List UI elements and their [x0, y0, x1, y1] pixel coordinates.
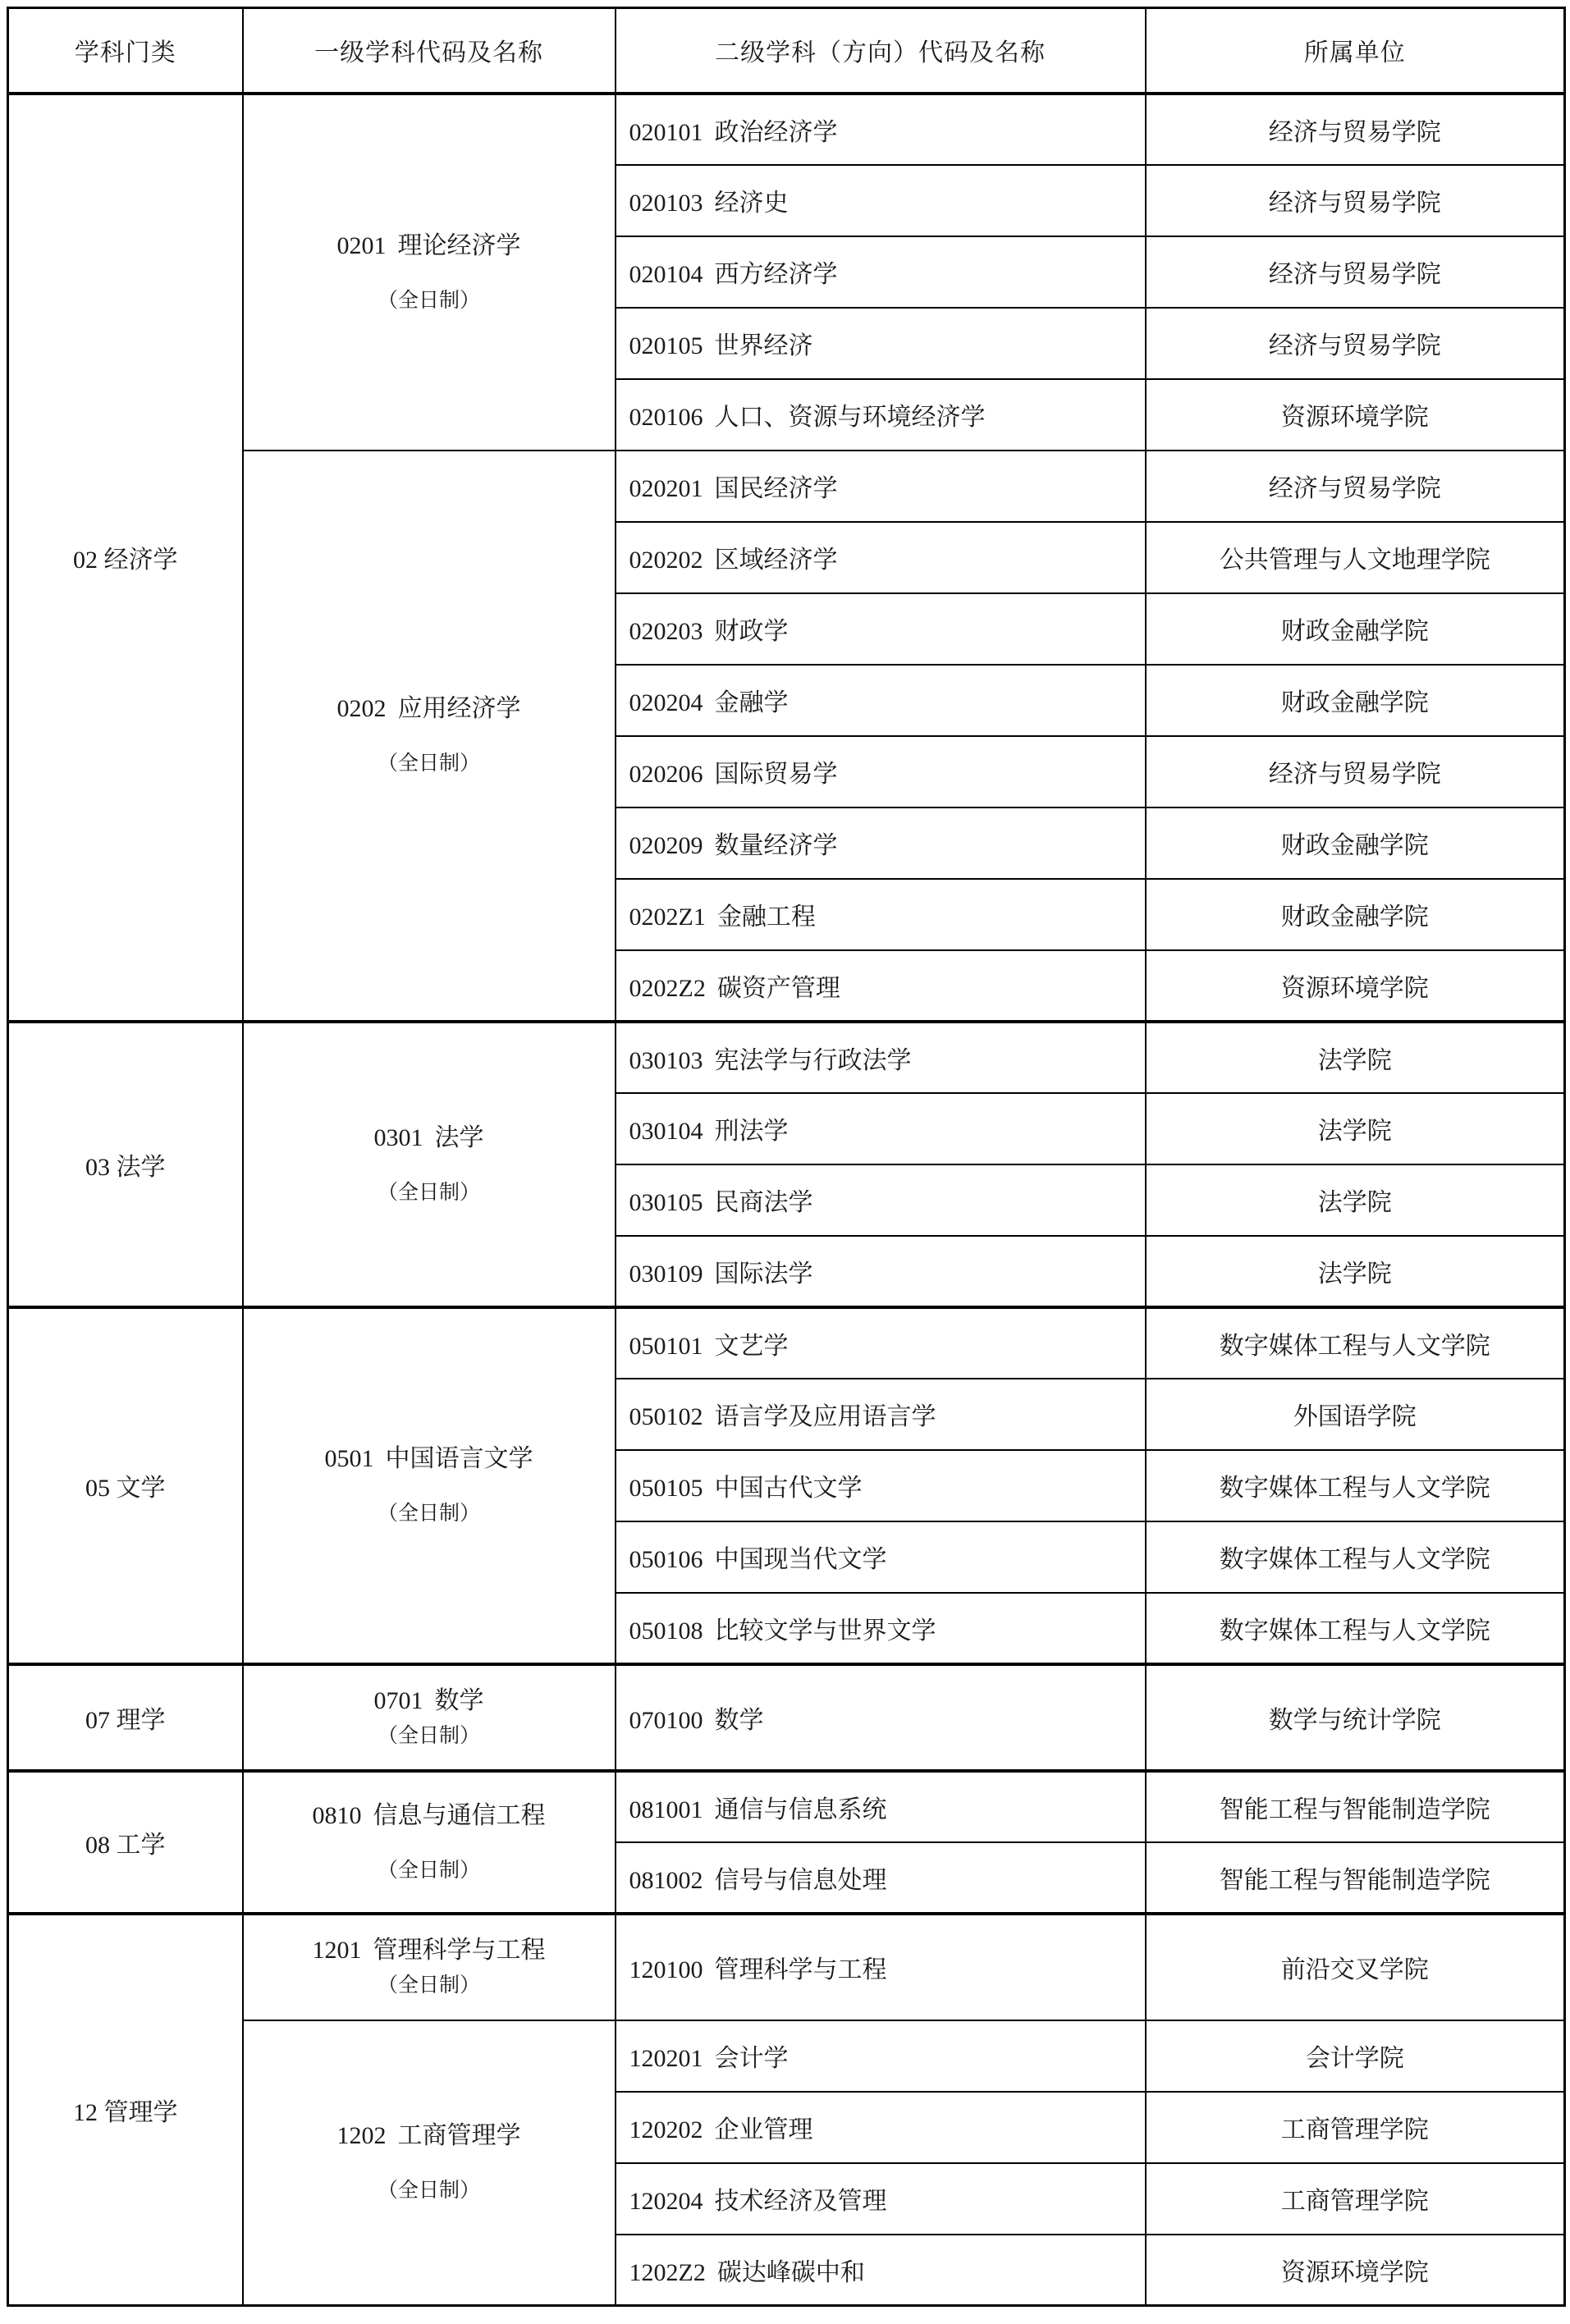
direction-name: 金融工程	[717, 904, 816, 931]
table-row: 02 经济学0201理论经济学（全日制）020101政治经济学经济与贸易学院	[8, 94, 1565, 165]
major-cell: 1201管理科学与工程（全日制）	[243, 1914, 616, 2020]
direction-code: 020209	[629, 832, 703, 859]
unit-cell: 经济与贸易学院	[1146, 236, 1565, 308]
major-name: 数学	[435, 1687, 484, 1714]
direction-code: 050106	[629, 1546, 703, 1573]
direction-name: 会计学	[715, 2045, 789, 2072]
direction-name: 碳资产管理	[717, 975, 840, 1002]
direction-code: 050102	[629, 1403, 703, 1430]
unit-cell: 数学与统计学院	[1146, 1664, 1565, 1771]
major-cell: 0201理论经济学（全日制）	[243, 94, 616, 451]
major-cell: 0301法学（全日制）	[243, 1022, 616, 1307]
direction-code: 081001	[629, 1796, 703, 1823]
direction-code: 020105	[629, 332, 703, 359]
major-cell: 0810信息与通信工程（全日制）	[243, 1771, 616, 1914]
direction-cell: 120204技术经济及管理	[616, 2163, 1146, 2235]
direction-code: 1202Z2	[629, 2259, 706, 2286]
major-name: 信息与通信工程	[373, 1802, 546, 1829]
major-code: 0501	[325, 1445, 374, 1472]
direction-cell: 020206国际贸易学	[616, 736, 1146, 807]
header-cell-category: 学科门类	[8, 8, 243, 94]
direction-name: 国际贸易学	[715, 761, 838, 788]
direction-code: 020201	[629, 475, 703, 502]
unit-cell: 财政金融学院	[1146, 665, 1565, 736]
direction-name: 国际法学	[715, 1260, 813, 1288]
table-row: 05 文学0501中国语言文学（全日制）050101文艺学数字媒体工程与人文学院	[8, 1307, 1565, 1379]
unit-cell: 经济与贸易学院	[1146, 736, 1565, 807]
table-body: 02 经济学0201理论经济学（全日制）020101政治经济学经济与贸易学院02…	[8, 94, 1565, 2306]
direction-cell: 020201国民经济学	[616, 451, 1146, 522]
direction-name: 信号与信息处理	[715, 1867, 887, 1894]
unit-cell: 法学院	[1146, 1164, 1565, 1236]
direction-cell: 050102语言学及应用语言学	[616, 1379, 1146, 1450]
major-cell: 1202工商管理学（全日制）	[243, 2020, 616, 2306]
direction-name: 文艺学	[715, 1333, 789, 1360]
direction-code: 0202Z2	[629, 975, 706, 1002]
unit-cell: 数字媒体工程与人文学院	[1146, 1450, 1565, 1521]
direction-name: 区域经济学	[715, 547, 838, 574]
direction-name: 中国古代文学	[715, 1475, 863, 1502]
unit-cell: 智能工程与智能制造学院	[1146, 1771, 1565, 1842]
direction-cell: 120201会计学	[616, 2020, 1146, 2092]
direction-cell: 120202企业管理	[616, 2092, 1146, 2163]
direction-cell: 0202Z2碳资产管理	[616, 950, 1146, 1022]
direction-cell: 1202Z2碳达峰碳中和	[616, 2235, 1146, 2306]
direction-code: 030103	[629, 1047, 703, 1074]
unit-cell: 外国语学院	[1146, 1379, 1565, 1450]
direction-cell: 020103经济史	[616, 165, 1146, 236]
unit-cell: 工商管理学院	[1146, 2163, 1565, 2235]
direction-name: 财政学	[715, 618, 789, 645]
unit-cell: 资源环境学院	[1146, 379, 1565, 451]
study-mode-label: （全日制）	[244, 752, 615, 776]
direction-cell: 030104刑法学	[616, 1093, 1146, 1164]
direction-code: 120204	[629, 2188, 703, 2215]
table-row: 12 管理学1201管理科学与工程（全日制）120100管理科学与工程前沿交叉学…	[8, 1914, 1565, 2020]
direction-cell: 050101文艺学	[616, 1307, 1146, 1379]
direction-code: 050105	[629, 1475, 703, 1502]
direction-cell: 020209数量经济学	[616, 807, 1146, 879]
major-cell: 0202应用经济学（全日制）	[243, 451, 616, 1022]
direction-cell: 020101政治经济学	[616, 94, 1146, 165]
direction-cell: 030109国际法学	[616, 1236, 1146, 1307]
direction-code: 050108	[629, 1617, 703, 1645]
unit-cell: 财政金融学院	[1146, 593, 1565, 665]
major-code: 1201	[313, 1937, 362, 1964]
direction-name: 管理科学与工程	[715, 1956, 887, 1983]
direction-cell: 120100管理科学与工程	[616, 1914, 1146, 2020]
direction-name: 比较文学与世界文学	[715, 1617, 936, 1645]
discipline-table: 学科门类 一级学科代码及名称 二级学科（方向）代码及名称 所属单位 02 经济学…	[7, 7, 1566, 2307]
direction-code: 020203	[629, 618, 703, 645]
direction-name: 企业管理	[715, 2116, 813, 2143]
unit-cell: 法学院	[1146, 1236, 1565, 1307]
direction-code: 020101	[629, 119, 703, 146]
unit-cell: 经济与贸易学院	[1146, 451, 1565, 522]
unit-cell: 财政金融学院	[1146, 807, 1565, 879]
direction-cell: 020106人口、资源与环境经济学	[616, 379, 1146, 451]
direction-name: 国民经济学	[715, 475, 838, 502]
header-cell-direction: 二级学科（方向）代码及名称	[616, 8, 1146, 94]
major-name: 应用经济学	[398, 695, 521, 722]
study-mode-label: （全日制）	[244, 2179, 615, 2203]
unit-cell: 资源环境学院	[1146, 2235, 1565, 2306]
unit-cell: 数字媒体工程与人文学院	[1146, 1593, 1565, 1664]
direction-code: 020204	[629, 689, 703, 716]
direction-code: 020202	[629, 547, 703, 574]
major-code: 0701	[374, 1687, 423, 1714]
major-cell: 0501中国语言文学（全日制）	[243, 1307, 616, 1664]
category-cell: 07 理学	[8, 1664, 243, 1771]
major-code: 0301	[374, 1124, 423, 1151]
major-code: 0201	[337, 232, 387, 259]
direction-name: 技术经济及管理	[715, 2188, 887, 2215]
direction-code: 030105	[629, 1189, 703, 1216]
direction-code: 050101	[629, 1333, 703, 1360]
direction-name: 刑法学	[715, 1118, 789, 1145]
direction-code: 081002	[629, 1867, 703, 1894]
direction-code: 030109	[629, 1260, 703, 1288]
direction-cell: 050108比较文学与世界文学	[616, 1593, 1146, 1664]
major-name: 管理科学与工程	[373, 1937, 546, 1964]
direction-cell: 050105中国古代文学	[616, 1450, 1146, 1521]
category-cell: 08 工学	[8, 1771, 243, 1914]
category-cell: 05 文学	[8, 1307, 243, 1664]
unit-cell: 数字媒体工程与人文学院	[1146, 1521, 1565, 1593]
direction-name: 语言学及应用语言学	[715, 1403, 936, 1430]
direction-name: 世界经济	[715, 332, 813, 359]
direction-name: 西方经济学	[715, 261, 838, 288]
direction-name: 中国现当代文学	[715, 1546, 887, 1573]
direction-cell: 020204金融学	[616, 665, 1146, 736]
direction-code: 070100	[629, 1707, 703, 1734]
category-cell: 12 管理学	[8, 1914, 243, 2306]
direction-code: 120202	[629, 2116, 703, 2143]
direction-code: 020104	[629, 261, 703, 288]
direction-name: 碳达峰碳中和	[717, 2259, 865, 2286]
study-mode-label: （全日制）	[244, 289, 615, 313]
direction-code: 030104	[629, 1118, 703, 1145]
major-code: 0810	[313, 1802, 362, 1829]
unit-cell: 法学院	[1146, 1093, 1565, 1164]
direction-name: 宪法学与行政法学	[715, 1047, 912, 1074]
unit-cell: 经济与贸易学院	[1146, 308, 1565, 379]
direction-name: 数量经济学	[715, 832, 838, 859]
study-mode-label: （全日制）	[244, 1181, 615, 1205]
direction-cell: 081002信号与信息处理	[616, 1842, 1146, 1914]
direction-code: 0202Z1	[629, 904, 706, 931]
table-row: 03 法学0301法学（全日制）030103宪法学与行政法学法学院	[8, 1022, 1565, 1093]
direction-code: 020103	[629, 190, 703, 217]
direction-cell: 020202区域经济学	[616, 522, 1146, 593]
category-cell: 03 法学	[8, 1022, 243, 1307]
direction-cell: 020105世界经济	[616, 308, 1146, 379]
header-cell-unit: 所属单位	[1146, 8, 1565, 94]
unit-cell: 智能工程与智能制造学院	[1146, 1842, 1565, 1914]
unit-cell: 数字媒体工程与人文学院	[1146, 1307, 1565, 1379]
unit-cell: 会计学院	[1146, 2020, 1565, 2092]
direction-name: 民商法学	[715, 1189, 813, 1216]
direction-cell: 020104西方经济学	[616, 236, 1146, 308]
unit-cell: 工商管理学院	[1146, 2092, 1565, 2163]
unit-cell: 资源环境学院	[1146, 950, 1565, 1022]
direction-name: 数学	[715, 1707, 764, 1734]
direction-code: 020106	[629, 404, 703, 431]
direction-name: 人口、资源与环境经济学	[715, 404, 986, 431]
header-cell-major: 一级学科代码及名称	[243, 8, 616, 94]
unit-cell: 财政金融学院	[1146, 879, 1565, 950]
unit-cell: 经济与贸易学院	[1146, 94, 1565, 165]
unit-cell: 前沿交叉学院	[1146, 1914, 1565, 2020]
direction-cell: 0202Z1金融工程	[616, 879, 1146, 950]
unit-cell: 经济与贸易学院	[1146, 165, 1565, 236]
table-row: 08 工学0810信息与通信工程（全日制）081001通信与信息系统智能工程与智…	[8, 1771, 1565, 1842]
major-name: 法学	[435, 1124, 484, 1151]
direction-code: 120201	[629, 2045, 703, 2072]
direction-name: 政治经济学	[715, 119, 838, 146]
study-mode-label: （全日制）	[244, 1974, 615, 1998]
major-name: 理论经济学	[398, 232, 521, 259]
header-row: 学科门类 一级学科代码及名称 二级学科（方向）代码及名称 所属单位	[8, 8, 1565, 94]
table-row: 07 理学0701数学（全日制）070100数学数学与统计学院	[8, 1664, 1565, 1771]
study-mode-label: （全日制）	[244, 1502, 615, 1526]
direction-cell: 020203财政学	[616, 593, 1146, 665]
page: 学科门类 一级学科代码及名称 二级学科（方向）代码及名称 所属单位 02 经济学…	[0, 0, 1570, 2324]
direction-name: 通信与信息系统	[715, 1796, 887, 1823]
direction-cell: 081001通信与信息系统	[616, 1771, 1146, 1842]
direction-code: 120100	[629, 1956, 703, 1983]
major-name: 工商管理学	[398, 2122, 521, 2149]
study-mode-label: （全日制）	[244, 1859, 615, 1883]
major-cell: 0701数学（全日制）	[243, 1664, 616, 1771]
direction-name: 金融学	[715, 689, 789, 716]
major-code: 1202	[337, 2122, 387, 2149]
direction-cell: 070100数学	[616, 1664, 1146, 1771]
major-code: 0202	[337, 695, 387, 722]
category-cell: 02 经济学	[8, 94, 243, 1022]
direction-cell: 050106中国现当代文学	[616, 1521, 1146, 1593]
direction-cell: 030105民商法学	[616, 1164, 1146, 1236]
direction-name: 经济史	[715, 190, 789, 217]
study-mode-label: （全日制）	[244, 1724, 615, 1749]
unit-cell: 法学院	[1146, 1022, 1565, 1093]
unit-cell: 公共管理与人文地理学院	[1146, 522, 1565, 593]
direction-cell: 030103宪法学与行政法学	[616, 1022, 1146, 1093]
major-name: 中国语言文学	[386, 1445, 533, 1472]
direction-code: 020206	[629, 761, 703, 788]
